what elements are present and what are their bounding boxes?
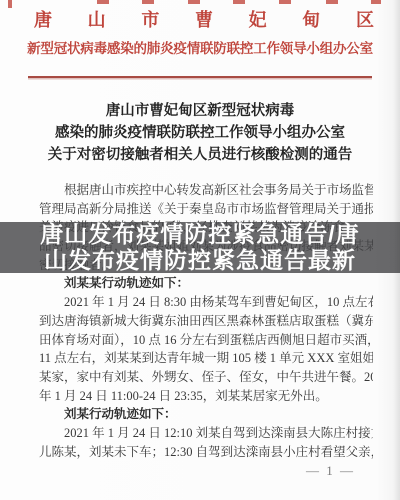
letterhead-char: 市 <box>141 10 159 30</box>
document-title: 唐山市曹妃甸区新型冠状病毒 感染的肺炎疫情联防联控工作领导小组办公室 关于对密切… <box>0 100 400 166</box>
section1-line5: 某家，家中有刘某、外甥女、侄子、侄女，中午共进午餐。2021 <box>39 368 373 387</box>
letterhead-char: 甸 <box>302 10 320 30</box>
letterhead-char: 妃 <box>249 10 267 30</box>
caption-overlay-banner: 唐山发布疫情防控紧急通告/唐 山发布疫情防控紧急通告最新 <box>0 222 400 273</box>
section2-line1: 2021 年 1 月 24 日 12:10 刘某自驾到达滦南县大陈庄村接女 <box>39 424 373 443</box>
section1-heading: 刘某某行动轨迹如下： <box>39 274 373 293</box>
section1-line3: 田体育场对面），10 点 16 分左右到蛋糕店西侧旭日超市买酒， <box>39 331 373 350</box>
cropped-text-marks <box>0 0 400 8</box>
section2-heading: 刘某行动轨迹如下： <box>39 405 373 424</box>
para1-line1: 根据唐山市疾控中心转发高新区社会事务局关于市场监督 <box>39 181 373 200</box>
para1-line2: 管理局高新分局推送《关于秦皇岛市市场监督管理局关于通报有 <box>39 200 373 219</box>
letterhead-line2: 新型冠状病毒感染的肺炎疫情联防联控工作领导小组办公室 <box>0 37 400 57</box>
letterhead-char: 区 <box>356 10 374 30</box>
letterhead-char: 唐 <box>34 10 52 30</box>
section1-line6: 年 1 月 24 日 11:00-24 日 23:35，刘某某居家无外出。 <box>39 387 373 406</box>
title-line-3: 关于对密切接触者相关人员进行核酸检测的通告 <box>0 144 400 166</box>
page-number: — 1 — <box>306 463 355 479</box>
section1-line2: 到达唐海镇新城大街冀东油田西区黑森林蛋糕店取蛋糕（冀东油 <box>39 312 373 331</box>
overlay-caption-line-2: 山发布疫情防控紧急通告最新 <box>44 248 356 273</box>
section2-line2: 儿陈某，刘某未下车；12:30 自驾到达滦南县小庄村看望父亲， <box>39 443 373 462</box>
section1-line1: 2021 年 1 月 24 日 8:30 由杨某驾车到曹妃甸区，10 点左右 <box>39 293 373 312</box>
letterhead-char: 曹 <box>195 10 213 30</box>
letterhead-divider-rule <box>28 76 372 78</box>
overlay-caption-line-1: 唐山发布疫情防控紧急通告/唐 <box>40 222 359 247</box>
letterhead-char: 山 <box>88 10 106 30</box>
title-line-1: 唐山市曹妃甸区新型冠状病毒 <box>0 100 400 122</box>
section1-line4: 11 点左右，刘某某到达青年城一期 105 楼 1 单元 XXX 室姐姐刘 <box>39 349 373 368</box>
scanned-notice-page: 唐 山 市 曹 妃 甸 区 新型冠状病毒感染的肺炎疫情联防联控工作领导小组办公室… <box>0 0 400 500</box>
letterhead-line1: 唐 山 市 曹 妃 甸 区 <box>34 10 374 30</box>
title-line-2: 感染的肺炎疫情联防联控工作领导小组办公室 <box>0 122 400 144</box>
